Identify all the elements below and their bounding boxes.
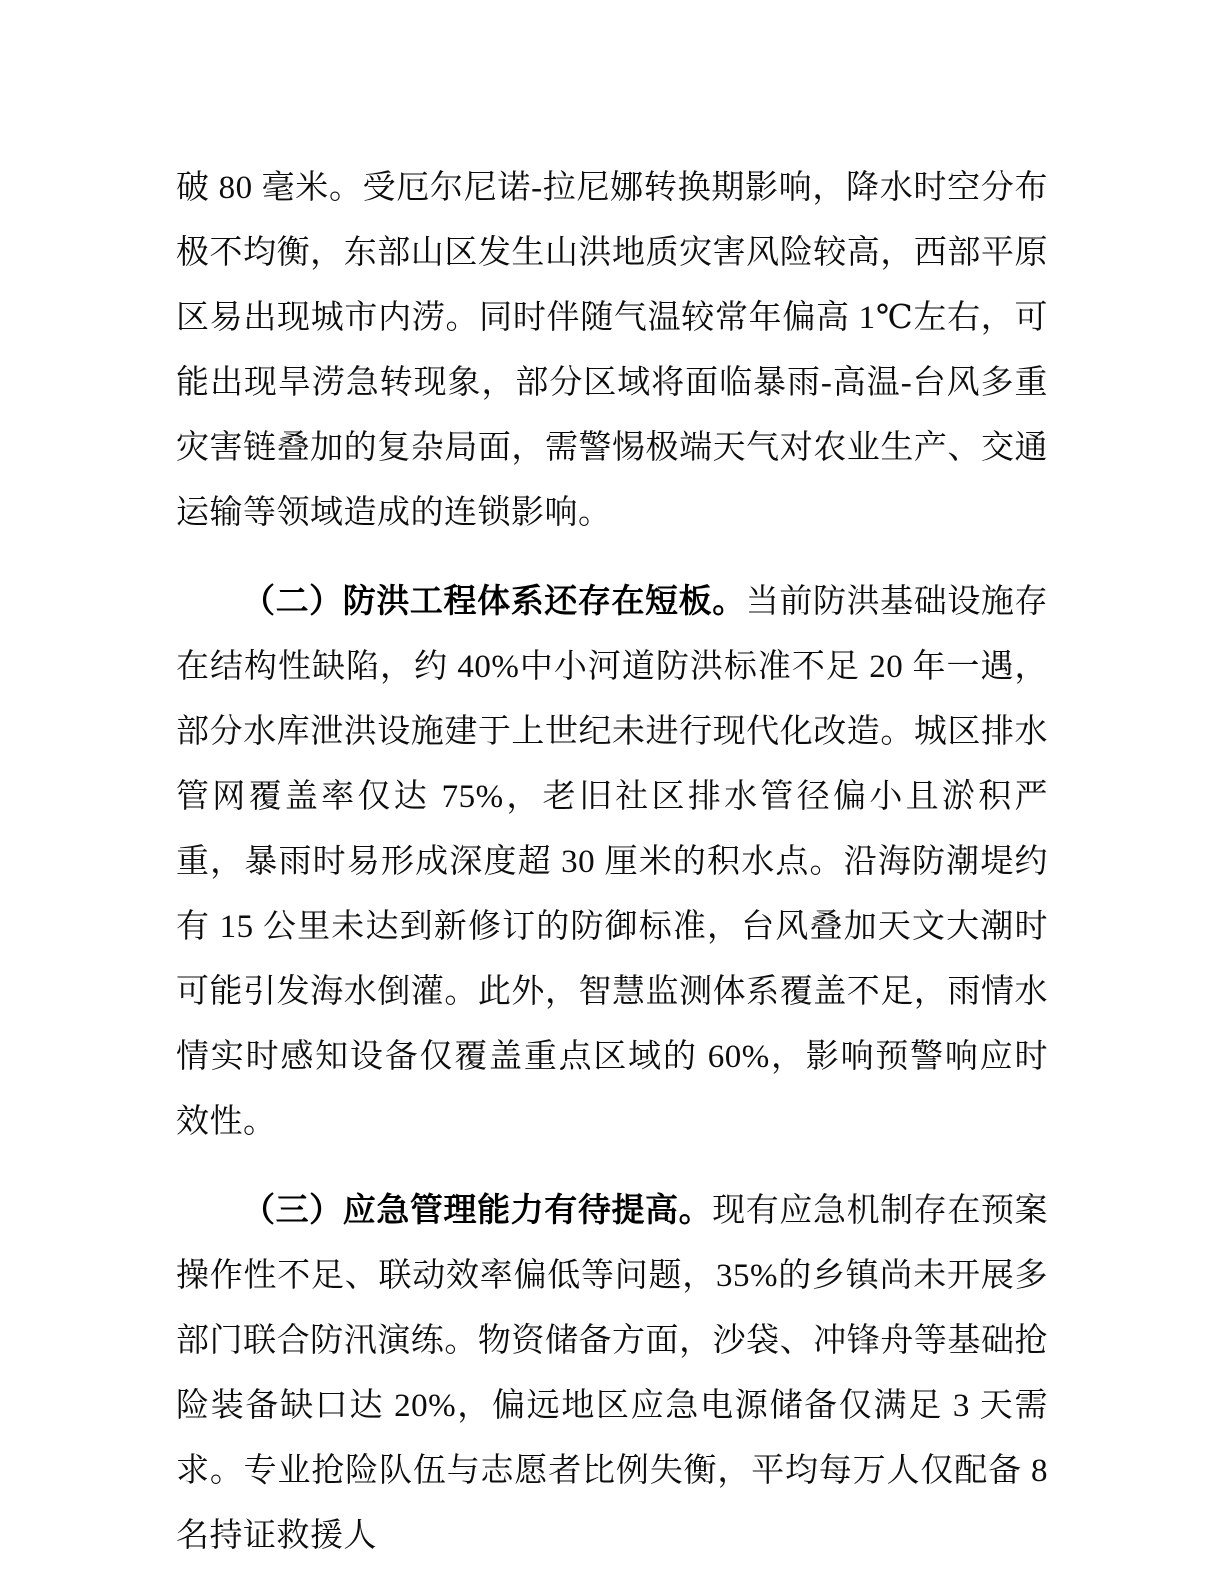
- paragraph-emergency-management: （三）应急管理能力有待提高。现有应急机制存在预案操作性不足、联动效率偏低等问题，…: [176, 1177, 1048, 1569]
- paragraph-text: 当前防洪基础设施存在结构性缺陷，约 40%中小河道防洪标准不足 20 年一遇，部…: [176, 584, 1048, 1140]
- paragraph-text: 现有应急机制存在预案操作性不足、联动效率偏低等问题，35%的乡镇尚未开展多部门联…: [176, 1193, 1048, 1554]
- document-page: 破 80 毫米。受厄尔尼诺-拉尼娜转换期影响，降水时空分布极不均衡，东部山区发生…: [0, 0, 1224, 1584]
- section-heading-3: （三）应急管理能力有待提高。: [242, 1191, 712, 1228]
- paragraph-text: 破 80 毫米。受厄尔尼诺-拉尼娜转换期影响，降水时空分布极不均衡，东部山区发生…: [176, 170, 1048, 531]
- paragraph-climate-continuation: 破 80 毫米。受厄尔尼诺-拉尼娜转换期影响，降水时空分布极不均衡，东部山区发生…: [176, 156, 1048, 546]
- paragraph-flood-engineering: （二）防洪工程体系还存在短板。当前防洪基础设施存在结构性缺陷，约 40%中小河道…: [176, 568, 1048, 1155]
- section-heading-2: （二）防洪工程体系还存在短板。: [242, 582, 746, 619]
